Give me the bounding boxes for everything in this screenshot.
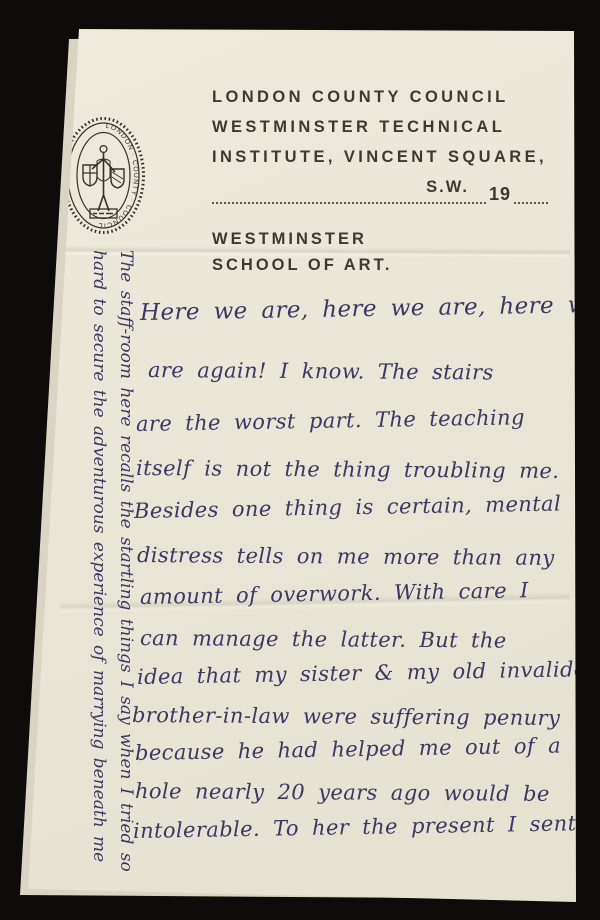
handwritten-line: Here we are, here we are, here we — [140, 292, 600, 326]
lcc-seal-icon: LONDON · COUNTY · COUNCIL — [61, 115, 146, 236]
school-name: WESTMINSTER SCHOOL OF ART. — [212, 226, 392, 278]
date-dotted-rule-end — [514, 182, 548, 204]
handwritten-line: hole nearly 20 years ago would be — [135, 779, 550, 806]
margin-note: The staff-room here recalls the startlin… — [85, 250, 139, 834]
date-dotted-rule — [212, 182, 486, 204]
school-line-1: WESTMINSTER — [212, 226, 392, 252]
handwritten-line: itself is not the thing troubling me. — [136, 456, 560, 483]
handwritten-line: intolerable. To her the present I sent — [133, 811, 577, 843]
letter-page: LONDON · COUNTY · COUNCIL LONDON COUNTY … — [0, 0, 600, 920]
handwritten-line: brother-in-law were suffering penury — [132, 703, 560, 730]
year-prefix: 19 — [486, 184, 514, 204]
handwritten-line: idea that my sister & my old invalided — [137, 657, 600, 689]
letterhead-line-1: LONDON COUNTY COUNCIL — [212, 82, 557, 112]
handwritten-line: Besides one thing is certain, mental — [134, 492, 562, 523]
date-line: 19 — [212, 180, 548, 204]
margin-note-line: hard to secure the adventurous experienc… — [85, 250, 112, 834]
handwritten-line: can manage the latter. But the — [140, 626, 507, 653]
handwritten-line: because he had helped me out of a — [135, 734, 561, 765]
letterhead-line-2: WESTMINSTER TECHNICAL — [212, 112, 557, 142]
handwritten-line: distress tells on me more than any — [137, 543, 555, 570]
school-line-2: SCHOOL OF ART. — [212, 252, 392, 278]
letterhead-line-3: INSTITUTE, VINCENT SQUARE, — [212, 142, 557, 172]
handwritten-line: are again! I know. The stairs — [148, 358, 494, 384]
letter-photo: LONDON · COUNTY · COUNCIL LONDON COUNTY … — [0, 0, 600, 920]
handwritten-line: amount of overwork. With care I — [140, 578, 529, 609]
handwritten-line: are the worst part. The teaching — [136, 405, 525, 436]
